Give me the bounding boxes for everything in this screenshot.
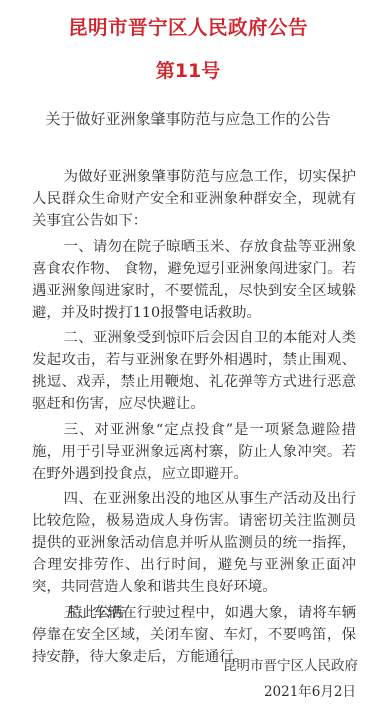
closing-remark: 特此公告 bbox=[68, 601, 126, 622]
announcement-document: 昆明市晋宁区人民政府公告 第11号 关于做好亚洲象肇事防范与应急工作的公告 为做… bbox=[0, 0, 376, 704]
announcement-body: 为做好亚洲象肇事防范与应急工作，切实保护人民群众生命财产安全和亚洲象种群安全，现… bbox=[32, 166, 356, 671]
announcement-number: 第11号 bbox=[0, 56, 376, 83]
issuer-title: 昆明市晋宁区人民政府公告 bbox=[0, 12, 376, 40]
item-paragraph-4: 四、在亚洲象出没的地区从事生产活动及出行比较危险，极易造成人身伤害。请密切关注监… bbox=[32, 488, 356, 598]
announcement-subject: 关于做好亚洲象肇事防范与应急工作的公告 bbox=[0, 108, 376, 129]
item-paragraph-1: 一、请勿在院子晾晒玉米、存放食盐等亚洲象喜食农作物、 食物，避免逗引亚洲象闯进家… bbox=[32, 236, 356, 324]
item-paragraph-3: 三、对亚洲象“定点投食”是一项紧急避险措施，用于引导亚洲象远离村寨，防止人象冲突… bbox=[32, 419, 356, 485]
item-paragraph-2: 二、亚洲象受到惊吓后会因自卫的本能对人类发起攻击，若与亚洲象在野外相遇时，禁止围… bbox=[32, 327, 356, 415]
intro-paragraph: 为做好亚洲象肇事防范与应急工作，切实保护人民群众生命财产安全和亚洲象种群安全，现… bbox=[32, 166, 356, 232]
issue-date: 2021年6月2日 bbox=[264, 680, 356, 700]
signature: 昆明市晋宁区人民政府 bbox=[223, 654, 358, 674]
